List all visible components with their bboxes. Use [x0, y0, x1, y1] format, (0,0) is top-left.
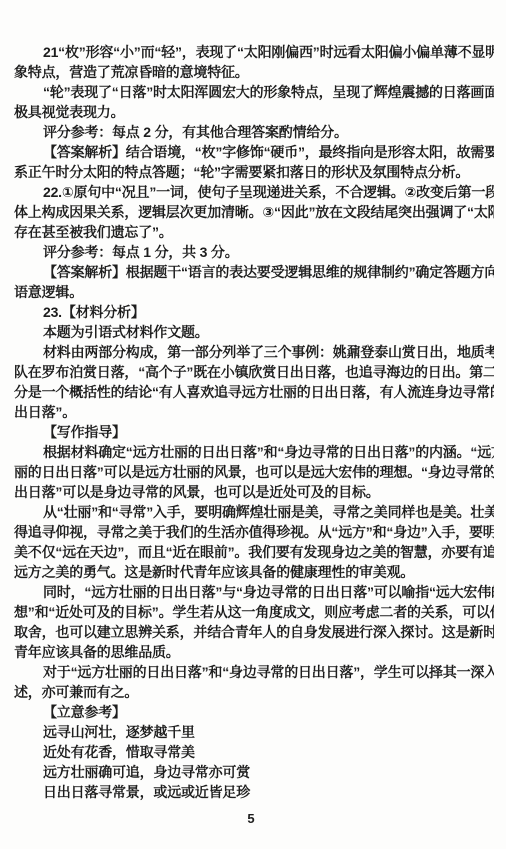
text-line: 22.①原句中“况且”一词，使句子呈现递进关系，不合逻辑。②改变后第一段整	[14, 182, 494, 202]
text-line: 从“壮丽”和“寻常”入手，要明确辉煌壮丽是美，寻常之美同样也是美。壮美值	[14, 502, 494, 522]
text-line: 近处有花香，惜取寻常美	[14, 742, 494, 762]
text-line: 【答案解析】根据题干“语言的表达要受逻辑思维的规律制约”确定答题方向为	[14, 262, 494, 282]
text-line: 队在罗布泊赏日落，“高个子”既在小镇欣赏日出日落，也追寻海边的日出。第二部	[14, 362, 494, 382]
text-line: 【立意参考】	[14, 702, 494, 722]
text-line: 出日落”可以是身边寻常的风景，也可以是近处可及的目标。	[14, 482, 494, 502]
text-line: 体上构成因果关系，逻辑层次更加清晰。③“因此”放在文段结尾突出强调了“太阳的	[14, 202, 494, 222]
text-block: 21“枚”形容“小”而“轻”，表现了“太阳刚偏西”时远看太阳偏小偏单薄不显明的形…	[14, 42, 494, 802]
text-line: 日出日落寻常景，或远或近皆足珍	[14, 782, 494, 802]
text-line: 23.【材料分析】	[14, 302, 494, 322]
text-line: 对于“远方壮丽的日出日落”和“身边寻常的日出日落”，学生可以择其一深入论	[14, 662, 494, 682]
text-line: 得追寻仰视，寻常之美于我们的生活亦值得珍视。从“远方”和“身边”入手，要明确	[14, 522, 494, 542]
text-line: 远方壮丽确可追，身边寻常亦可赏	[14, 762, 494, 782]
page-footer: 5	[0, 810, 506, 828]
text-line: 述，亦可兼而有之。	[14, 682, 494, 702]
text-line: 本题为引语式材料作文题。	[14, 322, 494, 342]
text-line: 想”和“近处可及的目标”。学生若从这一角度成文，则应考虑二者的关系，可以作出	[14, 602, 494, 622]
text-line: 根据材料确定“远方壮丽的日出日落”和“身边寻常的日出日落”的内涵。“远方壮	[14, 442, 494, 462]
page-number: 5	[247, 811, 254, 826]
document-page: 21“枚”形容“小”而“轻”，表现了“太阳刚偏西”时远看太阳偏小偏单薄不显明的形…	[0, 0, 506, 849]
text-line: 评分参考：每点 2 分，有其他合理答案酌情给分。	[14, 122, 494, 142]
text-line: 语意逻辑。	[14, 282, 494, 302]
text-line: 出日落”。	[14, 402, 494, 422]
text-line: 同时，“远方壮丽的日出日落”与“身边寻常的日出日落”可以喻指“远大宏伟的理	[14, 582, 494, 602]
text-line: 极具视觉表现力。	[14, 102, 494, 122]
text-line: 丽的日出日落”可以是远方壮丽的风景，也可以是远大宏伟的理想。“身边寻常的日	[14, 462, 494, 482]
text-line: “轮”表现了“日落”时太阳浑圆宏大的形象特点，呈现了辉煌震撼的日落画面，	[14, 82, 494, 102]
text-line: 美不仅“远在天边”，而且“近在眼前”。我们要有发现身边之美的智慧，亦要有追寻	[14, 542, 494, 562]
text-line: 青年应该具备的思维品质。	[14, 642, 494, 662]
text-line: 取舍，也可以建立思辨关系，并结合青年人的自身发展进行深入探讨。这是新时代	[14, 622, 494, 642]
text-line: 21“枚”形容“小”而“轻”，表现了“太阳刚偏西”时远看太阳偏小偏单薄不显明的形	[14, 42, 494, 62]
text-line: 象特点，营造了荒凉昏暗的意境特征。	[14, 62, 494, 82]
text-line: 远寻山河壮，逐梦越千里	[14, 722, 494, 742]
text-line: 系正午时分太阳的特点答题；“轮”字需要紧扣落日的形状及氛围特点分析。	[14, 162, 494, 182]
text-line: 【写作指导】	[14, 422, 494, 442]
text-line: 远方之美的勇气。这是新时代青年应该具备的健康理性的审美观。	[14, 562, 494, 582]
text-line: 存在甚至被我们遗忘了”。	[14, 222, 494, 242]
text-line: 材料由两部分构成，第一部分列举了三个事例：姚鼐登泰山赏日出，地质考察	[14, 342, 494, 362]
text-line: 分是一个概括性的结论“有人喜欢追寻远方壮丽的日出日落，有人流连身边寻常的日	[14, 382, 494, 402]
text-line: 【答案解析】结合语境，“枚”字修饰“硬币”，最终指向是形容太阳，故需要联	[14, 142, 494, 162]
text-line: 评分参考：每点 1 分，共 3 分。	[14, 242, 494, 262]
